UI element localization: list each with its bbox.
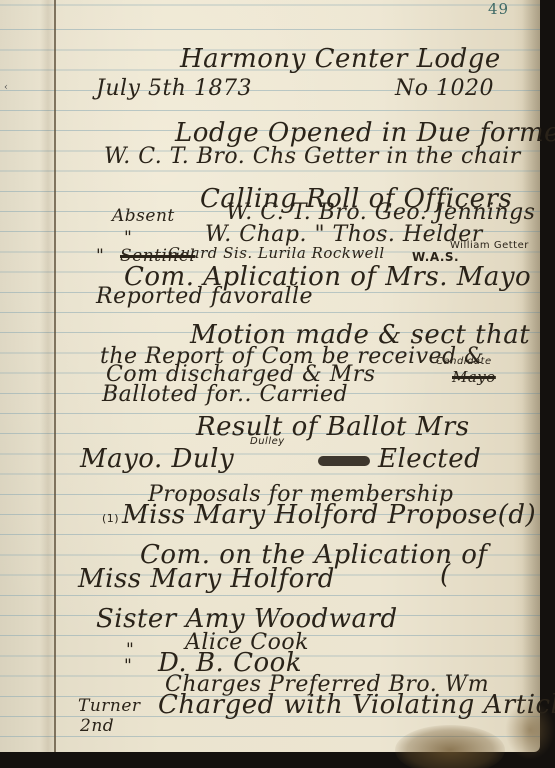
bracket-mark: ( <box>440 560 451 590</box>
ditto-mark: " <box>124 228 132 248</box>
page-number: 49 <box>488 0 509 18</box>
entry-reported: Reported favoralle <box>96 284 313 309</box>
entry-absent-3: Guard Sis. Lurila Rockwell <box>168 244 385 262</box>
entry-elected: Elected <box>378 444 481 474</box>
superscript-note: Candidate <box>436 356 492 367</box>
meeting-date: July 5th 1873 <box>96 76 252 101</box>
entry-proposal-1: Miss Mary Holford Propose(d) <box>122 500 536 530</box>
entry-com-name: Miss Mary Holford <box>78 564 335 594</box>
margin-ordinal: 2nd <box>80 716 114 736</box>
entry-chair: W. C. T. Bro. Chs Getter in the chair <box>104 144 521 169</box>
water-stain <box>395 725 505 768</box>
superscript-note: Dulley <box>250 436 285 447</box>
page-edge <box>522 0 540 752</box>
margin-number: (1) <box>102 512 119 525</box>
entry-ballot-2: Mayo. Duly <box>80 444 234 474</box>
ditto-mark: " <box>96 246 104 266</box>
ledger-page: 49 ‹ Harmony Center Lodge July 5th 1873 … <box>0 0 540 752</box>
entry-charges-2: Charged with Violating Article <box>158 690 555 720</box>
entry-ballot-1: Result of Ballot Mrs <box>196 412 470 442</box>
ditto-mark: " <box>124 656 132 676</box>
scanned-page: 49 ‹ Harmony Center Lodge July 5th 1873 … <box>0 0 555 768</box>
struck-word: Mayo <box>452 368 496 386</box>
ink-blot <box>318 456 370 466</box>
lodge-number: No 1020 <box>395 76 494 101</box>
margin-rule <box>54 0 56 752</box>
margin-name: Turner <box>78 696 141 716</box>
lodge-name: Harmony Center Lodge <box>180 44 501 74</box>
entry-motion-4: Balloted for.. Carried <box>102 382 348 407</box>
absent-label: Absent <box>112 206 175 226</box>
margin-tick-mark: ‹ <box>4 82 8 93</box>
superscript-note: William Getter <box>450 240 529 251</box>
